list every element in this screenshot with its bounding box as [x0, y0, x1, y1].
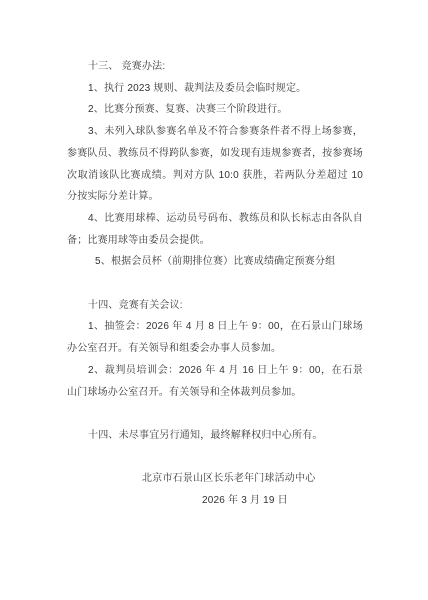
section-14-item-2: 2、裁判员培训会：2026 年 4 月 16 日上午 9：00，在石景山门球场办… — [67, 360, 363, 403]
section-14-heading: 十四、竞赛有关会议: — [67, 295, 363, 317]
section-13-item-5: 5、根据会员杯（前期排位赛）比赛成绩确定预赛分组 — [67, 251, 363, 273]
section-13-item-1: 1、执行 2023 规则、裁判法及委员会临时规定。 — [67, 78, 363, 100]
document-page: 十三、 竞赛办法: 1、执行 2023 规则、裁判法及委员会临时规定。 2、比赛… — [0, 0, 428, 600]
section-13-item-4: 4、比赛用球棒、运动员号码布、教练员和队长标志由各队自备；比赛用球等由委员会提供… — [67, 208, 363, 251]
section-13-heading: 十三、 竞赛办法: — [67, 56, 363, 78]
section-13-item-2: 2、比赛分预赛、复赛、决赛三个阶段进行。 — [67, 99, 363, 121]
signature-block: 北京市石景山区长乐老年门球活动中心 2026 年 3 月 19 日 — [67, 468, 363, 511]
section-14-item-1: 1、抽签会：2026 年 4 月 8 日上午 9：00，在石景山门球场办公室召开… — [67, 316, 363, 359]
section-13-item-3: 3、未列入球队参赛名单及不符合参赛条件者不得上场参赛，参赛队员、教练员不得跨队参… — [67, 121, 363, 208]
closing-remark: 十四、未尽事宜另行通知，最终解释权归中心所有。 — [67, 425, 363, 447]
signature-date: 2026 年 3 月 19 日 — [202, 490, 363, 512]
signature-organization: 北京市石景山区长乐老年门球活动中心 — [142, 468, 363, 490]
